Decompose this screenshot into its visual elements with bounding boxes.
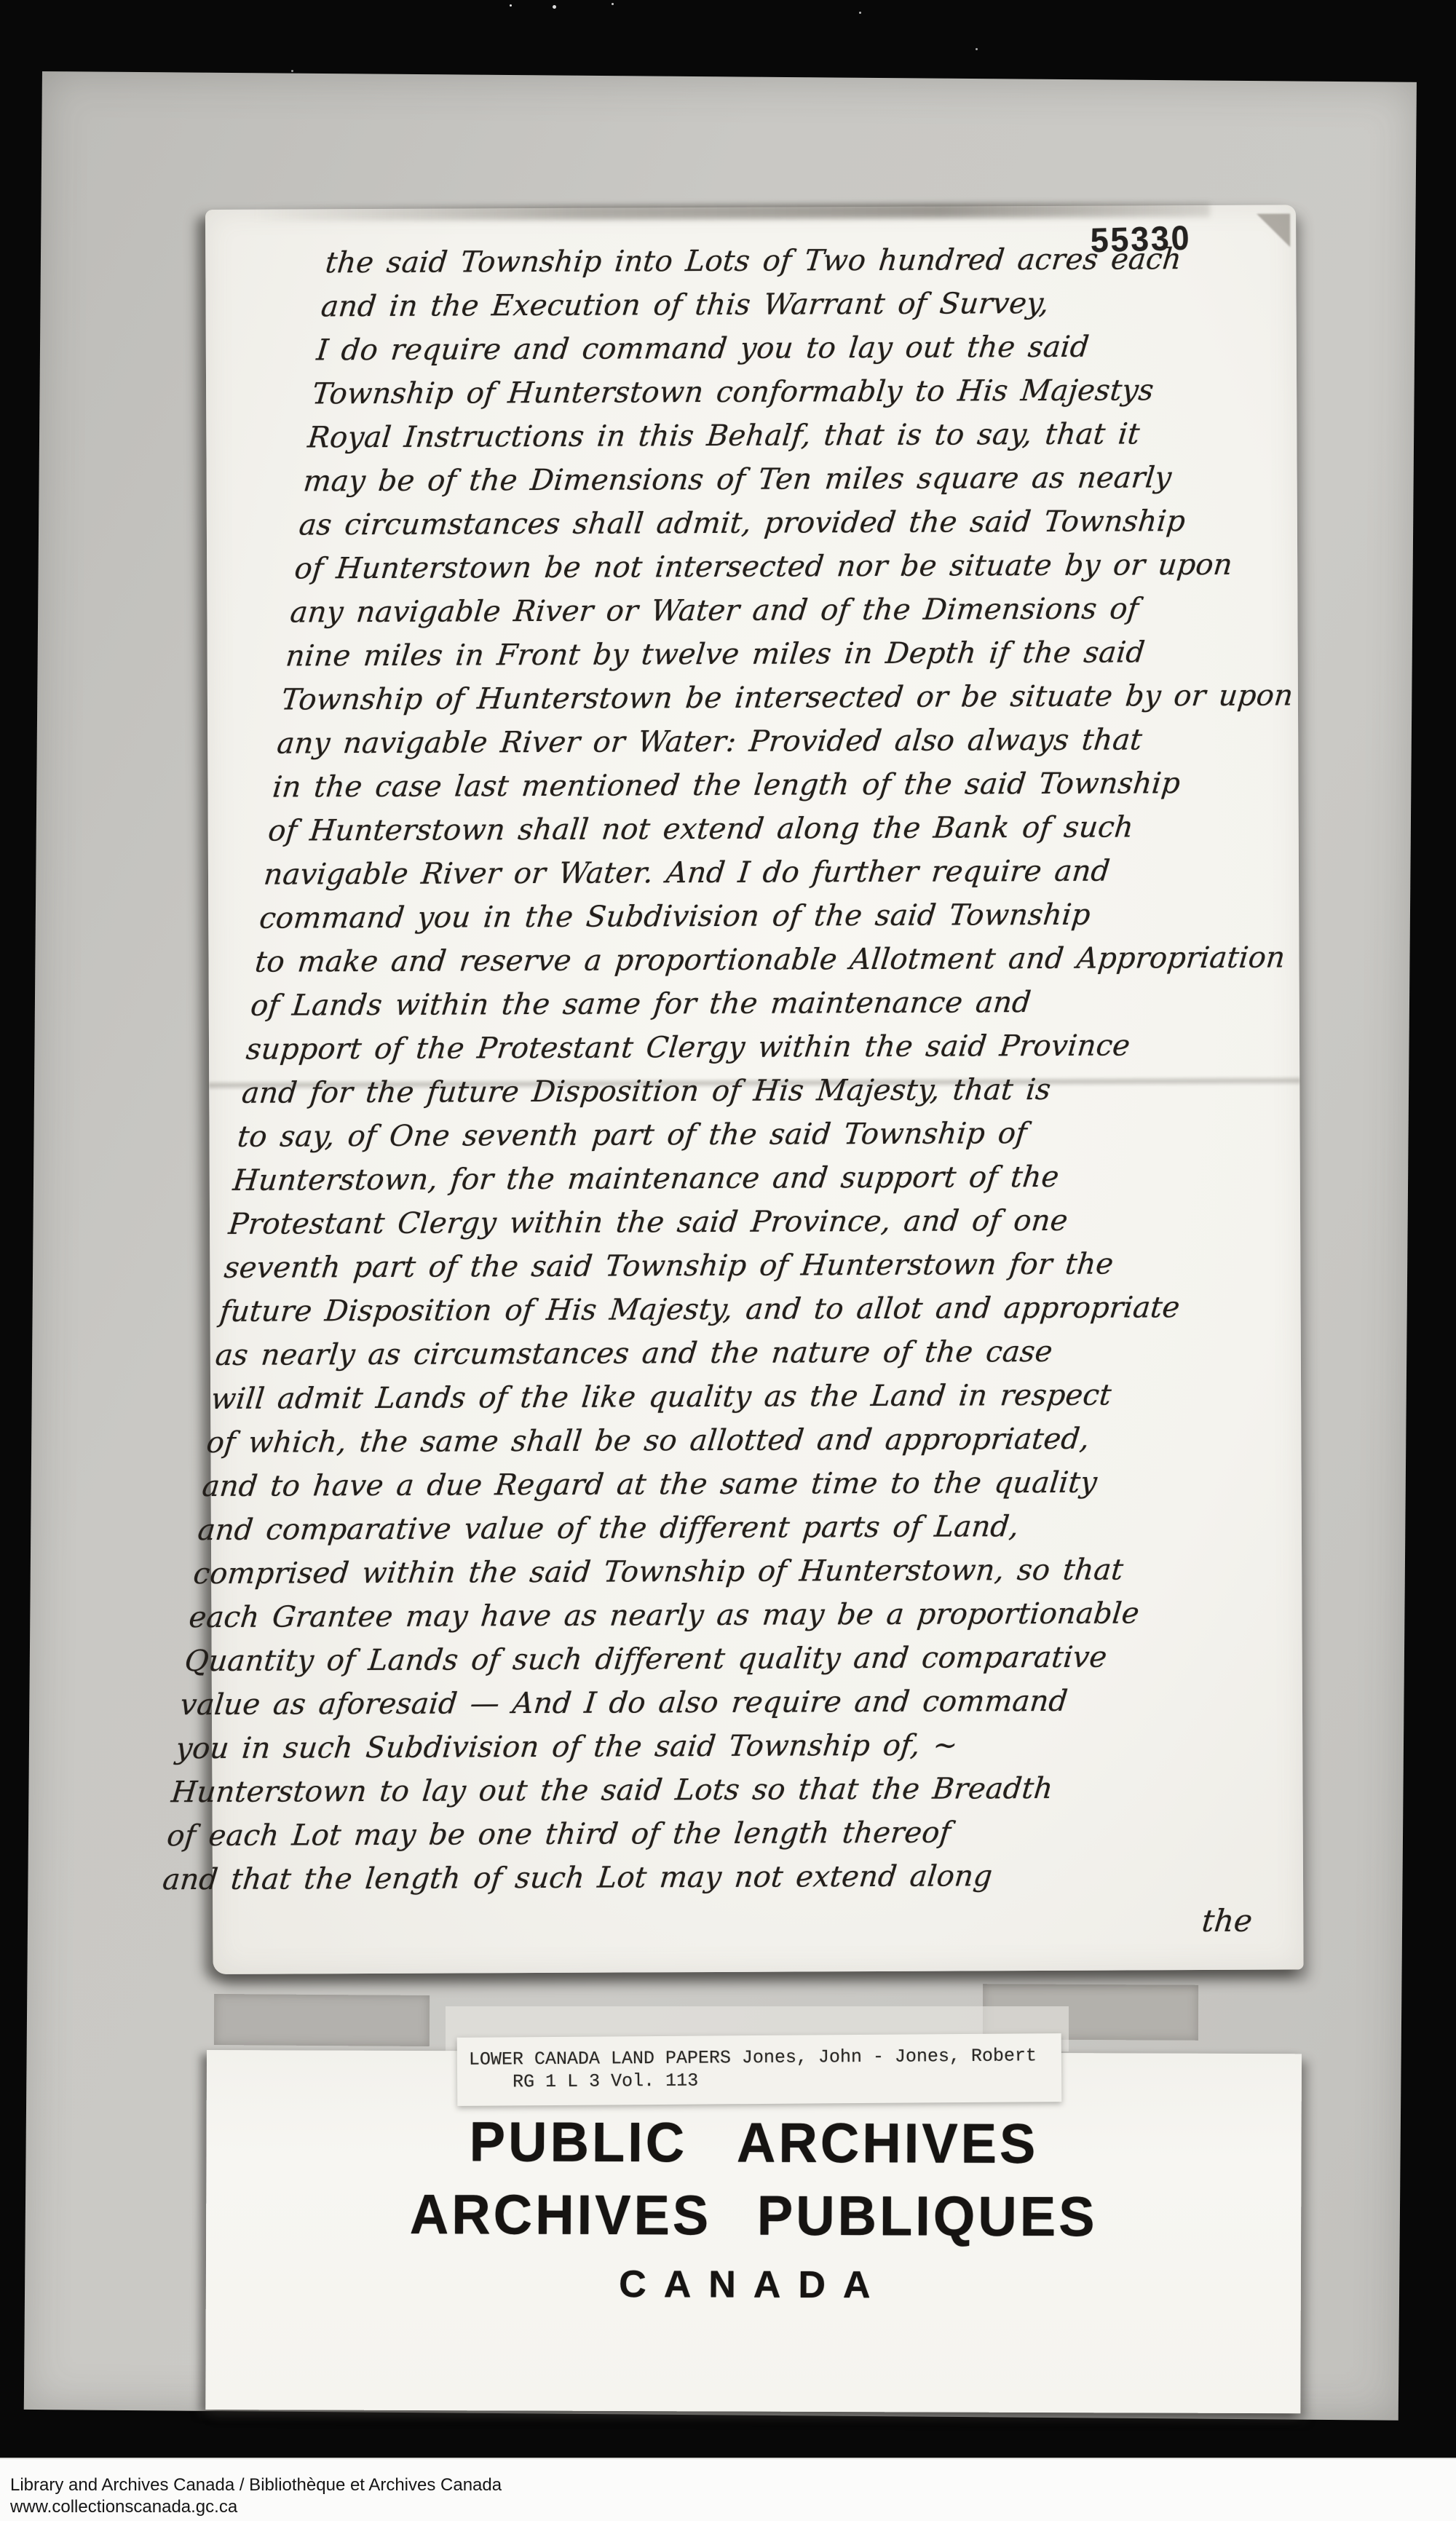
manuscript-line: the said Township into Lots of Two hundr…	[323, 237, 1286, 285]
card-title-french: ARCHIVES PUBLIQUES	[206, 2181, 1301, 2249]
manuscript-line: you in such Subdivision of the said Town…	[174, 1722, 1136, 1770]
manuscript-line: will admit Lands of the like quality as …	[209, 1373, 1171, 1421]
manuscript-line: support of the Protestant Clergy within …	[244, 1024, 1206, 1072]
catchword: the	[1200, 1903, 1254, 1939]
manuscript-line: as nearly as circumstances and the natur…	[213, 1329, 1176, 1377]
card-title-english: PUBLIC ARCHIVES	[206, 2108, 1301, 2177]
manuscript-line: as circumstances shall admit, provided t…	[297, 499, 1259, 547]
manuscript-line: and for the future Disposition of His Ma…	[240, 1067, 1202, 1115]
manuscript-line: I do require and command you to lay out …	[314, 325, 1277, 373]
manuscript-line: each Grantee may have as nearly as may b…	[187, 1591, 1150, 1639]
reference-label: LOWER CANADA LAND PAPERS Jones, John - J…	[457, 2033, 1062, 2106]
manuscript-line: command you in the Subdivision of the sa…	[257, 893, 1219, 941]
manuscript-line: in the case last mentioned the length of…	[271, 761, 1233, 810]
manuscript-page: 55330 the said Township into Lots of Two…	[205, 205, 1304, 1974]
manuscript-line: Quantity of Lands of such different qual…	[183, 1635, 1145, 1683]
manuscript-line: to make and reserve a proportionable All…	[253, 936, 1215, 984]
tape-top-left	[214, 1994, 430, 2046]
manuscript-line: Hunterstown, for the maintenance and sup…	[231, 1155, 1193, 1203]
manuscript-line: and to have a due Regard at the same tim…	[200, 1460, 1163, 1508]
footer-institution-text: Library and Archives Canada / Bibliothèq…	[10, 2475, 502, 2496]
footer-website-url: www.collectionscanada.gc.ca	[10, 2497, 237, 2517]
manuscript-line: and that the length of such Lot may not …	[161, 1854, 1123, 1902]
manuscript-line: Township of Hunterstown conformably to H…	[310, 368, 1273, 416]
manuscript-line: comprised within the said Township of Hu…	[191, 1548, 1154, 1596]
microfilm-scan: PUBLIC ARCHIVES ARCHIVES PUBLIQUES CANAD…	[0, 0, 1456, 2521]
manuscript-text: the said Township into Lots of Two hundr…	[161, 237, 1286, 1902]
public-archives-card: PUBLIC ARCHIVES ARCHIVES PUBLIQUES CANAD…	[205, 2050, 1302, 2413]
manuscript-line: any navigable River or Water and of the …	[288, 587, 1251, 635]
manuscript-line: and in the Execution of this Warrant of …	[319, 281, 1281, 329]
manuscript-line: future Disposition of His Majesty, and t…	[218, 1286, 1180, 1334]
manuscript-line: value as aforesaid — And I do also requi…	[178, 1679, 1141, 1727]
manuscript-line: any navigable River or Water: Provided a…	[275, 718, 1238, 766]
manuscript-line: Royal Instructions in this Behalf, that …	[306, 412, 1268, 460]
manuscript-line: seventh part of the said Township of Hun…	[222, 1242, 1184, 1290]
manuscript-line: and comparative value of the different p…	[196, 1504, 1158, 1552]
manuscript-line: of Lands within the same for the mainten…	[248, 980, 1211, 1028]
reference-label-line1: LOWER CANADA LAND PAPERS Jones, John - J…	[469, 2045, 1061, 2070]
manuscript-line: Protestant Clergy within the said Provin…	[226, 1198, 1189, 1246]
card-title-canada: CANADA	[206, 2261, 1301, 2308]
manuscript-line: to say, of One seventh part of the said …	[235, 1111, 1198, 1159]
film-speckles	[510, 4, 512, 7]
manuscript-line: may be of the Dimensions of Ten miles sq…	[301, 456, 1264, 504]
reference-label-line2: RG 1 L 3 Vol. 113	[513, 2067, 1061, 2092]
manuscript-line: nine miles in Front by twelve miles in D…	[284, 630, 1246, 678]
manuscript-line: Township of Hunterstown be intersected o…	[280, 674, 1242, 722]
manuscript-line: of Hunterstown be not intersected nor be…	[293, 543, 1255, 591]
manuscript-line: of each Lot may be one third of the leng…	[165, 1810, 1128, 1858]
footer-strip: Library and Archives Canada / Bibliothèq…	[0, 2458, 1456, 2521]
manuscript-line: Hunterstown to lay out the said Lots so …	[170, 1766, 1132, 1814]
manuscript-line: navigable River or Water. And I do furth…	[262, 849, 1224, 897]
manuscript-line: of Hunterstown shall not extend along th…	[266, 805, 1229, 853]
manuscript-line: of which, the same shall be so allotted …	[205, 1417, 1167, 1465]
